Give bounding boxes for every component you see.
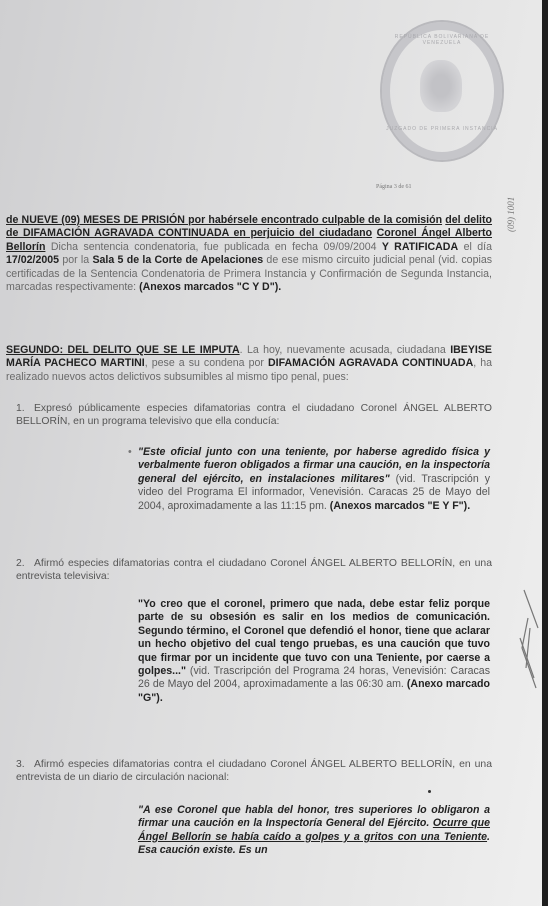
paragraph-segundo: SEGUNDO: DEL DELITO QUE SE LE IMPUTA. La… (6, 344, 492, 384)
stamp-text-top: REPÚBLICA BOLIVARIANA DE VENEZUELA (382, 34, 502, 46)
signature-mark (518, 588, 542, 698)
paragraph-sentence-summary: de NUEVE (09) MESES DE PRISIÓN por habér… (6, 214, 492, 294)
handwritten-folio: (09) 1001 (506, 197, 516, 232)
list-item-1: 1.Expresó públicamente especies difamato… (16, 402, 492, 428)
bullet-icon: • (128, 446, 132, 459)
section-heading: SEGUNDO: DEL DELITO QUE SE LE IMPUTA (6, 344, 240, 356)
quote-2: "Yo creo que el coronel, primero que nad… (138, 598, 490, 705)
list-item-2: 2.Afirmó especies difamatorias contra el… (16, 557, 492, 583)
page-edge-shadow (542, 0, 548, 906)
list-item-3: 3.Afirmó especies difamatorias contra el… (16, 758, 492, 784)
document-page: REPÚBLICA BOLIVARIANA DE VENEZUELA JUZGA… (0, 0, 548, 906)
page-number: Página 3 de 61 (376, 184, 412, 190)
stamp-text-bottom: JUZGADO DE PRIMERA INSTANCIA (382, 126, 502, 132)
coat-of-arms-icon (420, 60, 462, 112)
quote-1: • "Este oficial junto con una teniente, … (138, 446, 490, 513)
court-seal-stamp: REPÚBLICA BOLIVARIANA DE VENEZUELA JUZGA… (380, 20, 504, 162)
ink-dot (428, 790, 431, 793)
quote-3: "A ese Coronel que habla del honor, tres… (138, 804, 490, 858)
